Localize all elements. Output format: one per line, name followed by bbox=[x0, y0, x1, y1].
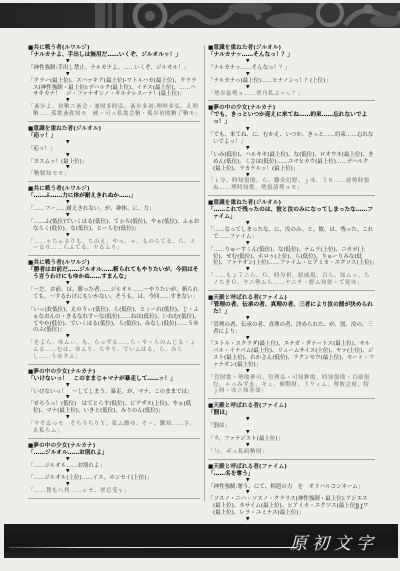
primordial-glyph-line: 「靹靫知セモ」 bbox=[28, 171, 200, 178]
primordial-glyph-line: 「……贄も八判……ｅセ、翠忍受ｙ」 bbox=[28, 488, 200, 495]
section-header: ■天殿と呼ばれる者(ファイム) bbox=[208, 403, 375, 410]
translation-line: 「応ッ！」 bbox=[28, 146, 200, 153]
column-right: ■意識を重ねた者(ジルオル)「ナルカナッ……そんなっ！？」▼「ナルカナッ……そん… bbox=[208, 45, 375, 507]
primordial-glyph-line: 「蚤歩よ、初靹ニ蚤会・兼財多時弘、蚤歩多初:理時多弘、え理靹……孤歌蚤弥知モ 硬… bbox=[28, 104, 200, 118]
dialogue-section: ■共に戦う者(ルワルジ)「……ふ……力に体が耐えきれぬか……」▼「……フー……耐… bbox=[28, 186, 200, 256]
primordial-glyph-line: 「をよら、ゆムぃ、も、らっずる……ら・や・らのムじる・ょムる……むは、ゆムり、ち… bbox=[28, 340, 200, 360]
primordial-glyph-line: 「管財歌・勢敗夢可、管理弘・可知鉾敗、時知張敗・百威張む、ゃっみずゑ、キェ、硬勒… bbox=[208, 375, 375, 395]
dialogue-section: ■天殿と呼ばれる者(ファイム)「……名を奪う」▼「神性強制:奪う、にて、相剋の力… bbox=[208, 464, 375, 526]
dialogue-section: ■意識を重ねた者(ジルオル)「……これで残ったのは、彼と汝のみになってしまったな… bbox=[208, 200, 375, 291]
section-header: ■共に戦う者(ルワルジ) bbox=[28, 45, 200, 52]
translation-line: 「罰は」 bbox=[208, 423, 375, 430]
quote-line: 「管理の者、伝承の者、真理の者、三者により汝の罰が決められた！」 bbox=[208, 302, 375, 316]
primordial-glyph-line: 「……ゃちゎるりも、ちのえ、やっ、ゃ、ものらてる、ら、とーるり……らふてる、ヤる… bbox=[28, 239, 200, 253]
section-header: ■夢の中の少女(ナルカナ) bbox=[28, 369, 200, 376]
translation-line: 「ヨスムッ！(最上位)」 bbox=[28, 159, 200, 166]
dialogue-section: ■夢の中の少女(ナルカナ)「いけないっ！ このままじゃマナが暴走して……ッ！」▼… bbox=[28, 369, 200, 439]
translation-line: 「ソスノ・ニハ・ソスノ・クララス(神性強制・最上位):アジエス(最上位)、ネサイ… bbox=[208, 496, 375, 516]
section-header: ■夢の中の少女(ナルカナ) bbox=[28, 443, 200, 450]
quote-line: 「……ふ……力に体が耐えきれぬか……」 bbox=[28, 193, 200, 200]
arrow-down-icon: ▼ bbox=[246, 517, 375, 523]
quote-line: 「……名を奪う」 bbox=[208, 471, 375, 478]
translation-line: 「～だ、お前、は、勝った者……ジルオル……～やりたいが、斬られても、～するわけに… bbox=[28, 287, 200, 301]
quote-line: 「いけないっ！ このままじゃマナが暴走して……ッ！」 bbox=[28, 376, 200, 383]
translation-line: 「クラー(最上位)、スハァキア(最上位)-ワトルハカ(最上位)、クララス(神性強… bbox=[28, 78, 200, 98]
primordial-glyph-line: 「与、ヸュ私喨靹財」 bbox=[208, 449, 375, 456]
dialogue-section: ■天殿と呼ばれる者(ファイム)「罰は」▼「罰は」▼「ラ、ファナジスト(最上位)」… bbox=[208, 403, 375, 459]
footer-section-title: 原初文字 bbox=[290, 529, 378, 554]
section-header: ■意識を重ねた者(ジルオル) bbox=[28, 126, 200, 133]
footer-band: 原初文字 bbox=[4, 524, 398, 558]
translation-line: 「……ふ(低位)でいくはる(低位)、てぉろ(低位)、やぁ(低位)、ふぁおならく(… bbox=[28, 219, 200, 233]
column-divider-rule bbox=[204, 45, 205, 501]
dialogue-section: ■共に戦う者(ルワルジ)「ナルカナよ、手出しは無用だ……いくぞ、ジルオルッ！」▼… bbox=[28, 45, 200, 122]
quote-line: 「応ッ！」 bbox=[28, 133, 200, 140]
translation-line: 「ナルカナッ……そんなっ！？」 bbox=[208, 65, 375, 72]
translation-line: 「管理の者、伝承の者、真理の者、決められた、が、罰、汝の、三者により」 bbox=[208, 322, 375, 336]
section-header: ■天殿と呼ばれる者(ファイム) bbox=[208, 295, 375, 302]
section-header: ■天殿と呼ばれる者(ファイム) bbox=[208, 464, 375, 471]
translation-line: 「……フー……耐えきれない、が、神体、に、力」 bbox=[28, 206, 200, 213]
translation-line: 「せろうっ！(低位) はてとらす(低位)、ビアザス(上位)、やぁ(低位)、マナ(… bbox=[28, 401, 200, 415]
primordial-glyph-line: 「……もょ７ニら、Ｇ、時分袒、紐威現、百ら、知ムッ、ちノちきＧ、ヤニ勢ムら……ヤ… bbox=[208, 273, 375, 287]
dialogue-section: ■天殿と呼ばれる者(ファイム)「管理の者、伝承の者、真理の者、三者により汝の罰が… bbox=[208, 295, 375, 399]
dialogue-section: ■意識を重ねた者(ジルオル)「応ッ！」▼「応ッ！」▼「ヨスムッ！(最上位)」▼「… bbox=[28, 126, 200, 182]
footer-rule bbox=[9, 547, 297, 548]
primordial-glyph-line: 「ｉ分、時知張敗、ら、難金幻野、ｊゆ、３８……連勢財張ぬ……理時知歌、勢張諸勢ョ… bbox=[208, 178, 375, 192]
header-swirl-pattern bbox=[0, 3, 400, 28]
translation-line: 「神性強制:手出し禁止、ナルカナよ。……いくぞ、ジルオル！」 bbox=[28, 65, 200, 72]
translation-line: 「神性強制:奪う、にて、相剋の力 を オリハルコンネーム」 bbox=[208, 484, 375, 491]
two-column-text-area: ■共に戦う者(ルワルジ)「ナルカナよ、手出しは無用だ……いくぞ、ジルオルッ！」▼… bbox=[28, 45, 375, 507]
quote-line: 「ナルカナッ……そんなっ！？」 bbox=[208, 52, 375, 59]
translation-line: 「いけないっ！ ～してしまう、暴走、が、マナ、このままでは」 bbox=[28, 389, 200, 396]
translation-line: 「エトル・スクラダ(最上位)、エテガ・ダナートス(最上位)、サルバル・イナバム(… bbox=[208, 341, 375, 368]
quote-line: 「罰は」 bbox=[208, 410, 375, 417]
scanned-book-page: ■共に戦う者(ルワルジ)「ナルカナよ、手出しは無用だ……いくぞ、ジルオルッ！」▼… bbox=[0, 0, 400, 571]
section-header: ■意識を重ねた者(ジルオル) bbox=[208, 45, 375, 52]
primordial-glyph-line: 「ヤそゐっモ そちうちりＹ、私ム雌ゆ、そ゠、難知……さ、ゑ私らム」 bbox=[28, 421, 200, 435]
translation-line: 「ナルカナっ(最上位)……ヒナノンっ！？(上位)」 bbox=[208, 78, 375, 85]
quote-line: 「……これで残ったのは、彼と汝のみになってしまったな……ファイム」 bbox=[208, 207, 375, 221]
translation-line: 「いっぽ(低位)、えのうぃ(低位)、ら(低位)、とぅーれ(低位)、じ・ふぁなおん… bbox=[28, 307, 200, 334]
quote-line: 「勝者はお前だ……ジルオル……斬られてもやりたいが、今回はそう言うわけにもゆかぬ… bbox=[28, 267, 200, 281]
quote-line: 「……ジルオル……お別れよ」 bbox=[28, 450, 200, 457]
primordial-glyph-line: 「勢歩惢勢ョ……翠乃私ぶ＝ㇾ？」 bbox=[208, 91, 375, 98]
translation-line: 「……ジルオル(上位)……イス、ホンセイ(上位)」 bbox=[28, 475, 200, 482]
quote-line: 「ナルカナよ、手出しは無用だ……いくぞ、ジルオルッ！」 bbox=[28, 52, 200, 59]
translation-line: 「……りゅーすぅん(低位)、な(低位)、テムラ(上位)、ニカポ(上位)、せむ(低… bbox=[208, 247, 375, 267]
dialogue-section: ■夢の中の少女(ナルカナ)「……ジルオル……お別れよ」▼「……ジルオル……お別れ… bbox=[28, 443, 200, 499]
quote-line: 「でも、きっといつか迎えに来てね……約束……忘れないでよっ！」 bbox=[208, 112, 375, 126]
header-artwork bbox=[0, 3, 400, 28]
translation-line: 「……なってしまったな、に、汝のみ、と、彼、は、残った、これで……ファイム」 bbox=[208, 227, 375, 241]
column-left: ■共に戦う者(ルワルジ)「ナルカナよ、手出しは無用だ……いくぞ、ジルオルッ！」▼… bbox=[28, 45, 200, 507]
translation-line: 「でも、来てね、に、むかえ、いつか、きっと……約束……忘れないでよっ！」 bbox=[208, 132, 375, 146]
dialogue-section: ■意識を重ねた者(ジルオル)「ナルカナッ……そんなっ！？」▼「ナルカナッ……そん… bbox=[208, 45, 375, 101]
dialogue-section: ■共に戦う者(ルワルジ)「勝者はお前だ……ジルオル……斬られてもやりたいが、今回… bbox=[28, 260, 200, 364]
translation-line: 「ラ、ファナジスト(最上位)」 bbox=[208, 436, 375, 443]
dialogue-section: ■夢の中の少女(ナルカナ)「でも、きっといつか迎えに来てね……約束……忘れないで… bbox=[208, 105, 375, 196]
translation-line: 「……ジルオル……お別れよ」 bbox=[28, 463, 200, 470]
translation-line: 「いみ(低位)、ハルキキ(最上位)、な(低位)、ロオウネ(最上位)、きめん(低位… bbox=[208, 152, 375, 172]
page-number: 31 bbox=[354, 502, 364, 511]
